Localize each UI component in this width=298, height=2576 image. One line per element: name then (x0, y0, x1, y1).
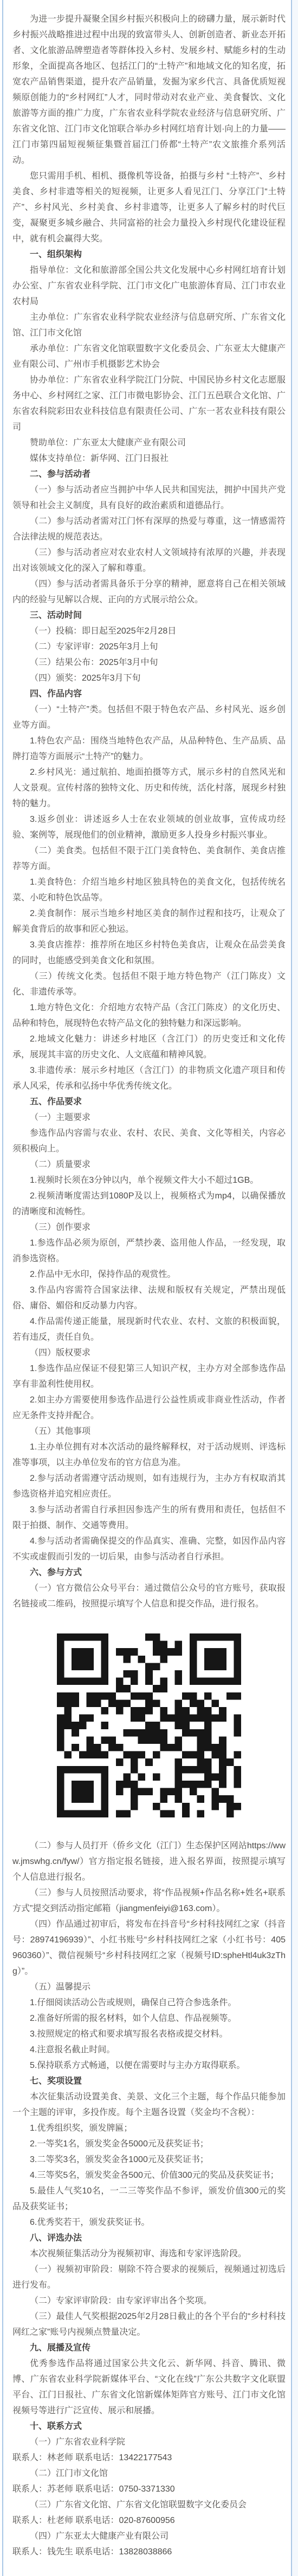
paragraph: （一）参与活动者应当拥护中华人民共和国宪法，拥护中国共产党领导和社会主义制度，具… (12, 482, 286, 513)
paragraph: 4.注意报名截止时间。 (12, 2042, 286, 2058)
paragraph: （三）参与活动者应对农业农村人文领域持有浓厚的兴趣，并表现出对该领域文化的深入了… (12, 545, 286, 576)
paragraph: 您只需用手机、相机、摄像机等设备，拍摄与乡村 “土特产”、乡村美食、乡村非遗等相… (12, 168, 286, 247)
paragraph: （二）质量要求 (12, 1157, 286, 1172)
paragraph: 2.一等奖1名，颁发奖金各5000元及获奖证书； (12, 2136, 286, 2152)
paragraph: 1.仔细阅读活动公告或规则，确保自己符合参选条件。 (12, 1995, 286, 2011)
paragraph: 4.参与活动者需确保提交的作品真实、准确、完整，如因作品内容不实或虚假而引发的一… (12, 1533, 286, 1565)
paragraph: 1.视频时长须在3分钟以内，单个视频文件大小不超过1GB。 (12, 1172, 286, 1188)
paragraph: 4.三等奖5名，颁发奖金各500元、价值300元的奖品及获奖证书； (12, 2167, 286, 2183)
paragraph: （四）作品通过初审后，将发布在抖音号“乡村科技网红之家（抖音号：28974196… (12, 1916, 286, 1979)
paragraph: 1.特色农产品：围绕当地特色农产品，从品种特色、生产品质、品牌打造等方面展示“土… (12, 733, 286, 765)
paragraph: 3.二等奖3名，颁发奖金各1000元及获奖证书； (12, 2152, 286, 2167)
paragraph: （二）专家评审：2025年3月上旬 (12, 639, 286, 655)
section-heading: 十、联系方式 (12, 2419, 286, 2434)
paragraph: 为进一步提升凝聚全国乡村振兴积极向上的磅礴力量，展示新时代乡村振兴战略推进过程中… (12, 11, 286, 168)
paragraph: （三）广东省文化馆、广东省文化馆联盟数字文化委员会 (12, 2497, 286, 2513)
paragraph: 3.按照规定的格式和要求填写报名表格或提交材料。 (12, 2026, 286, 2042)
paragraph: 2.参与活动者需遵守活动规则，如有违规行为，主办方有权取消其参选资格并追究相应责… (12, 1471, 286, 1502)
paragraph: （三）创作要求 (12, 1220, 286, 1235)
paragraph: （一）主题要求 (12, 1110, 286, 1125)
paragraph: （三）传统文化类。包括但不限于地方特色物产（江门陈皮）文化、非遗传承等。 (12, 969, 286, 1000)
paragraph: 3.非遗传承：展示乡村地区（含江门）的非物质文化遗产项目和传承人风采，传承和弘扬… (12, 1063, 286, 1094)
paragraph: 3.返乡创业：讲述返乡人士在农业领域的创业故事，宣传成功经验、案例等，展现他们的… (12, 812, 286, 843)
article-content: 为进一步提升凝聚全国乡村振兴积极向上的磅礴力量，展示新时代乡村振兴战略推进过程中… (3, 0, 291, 2576)
paragraph: 参选作品内容需与农业、农村、农民、美食、文化等相关，内容必须积极向上。 (12, 1125, 286, 1157)
paragraph: （四）参与活动者需具备乐于分享的精神，愿意将自己在相关领域内的经验与见解以合规、… (12, 576, 286, 608)
paragraph: 协办单位：广东省农业科学院江门分院、中国民协乡村文化志愿服务中心、乡村网红之家、… (12, 372, 286, 435)
paragraph: （四）广东亚太大健康产业有限公司 (12, 2528, 286, 2544)
paragraph: 2.如主办方需要使用参选作品进行公益性质或非商业性活动，作者应无条件支持并配合。 (12, 1392, 286, 1424)
paragraph: （四）版权要求 (12, 1345, 286, 1361)
paragraph: 2.视频清晰度需达到1080P及以上，视频格式为mp4，以确保播放的清晰度和流畅… (12, 1188, 286, 1220)
paragraph: 1.参选作品必须为原创，严禁抄袭、盗用他人作品，一经发现，取消参选资格。 (12, 1235, 286, 1267)
paragraph: （一）“土特产”类。包括但不限于特色农产品、乡村风光、返乡创业等方面。 (12, 702, 286, 733)
paragraph: 1.优秀组织奖，颁发牌匾； (12, 2120, 286, 2136)
article-page: 为进一步提升凝聚全国乡村振兴积极向上的磅礴力量，展示新时代乡村振兴战略推进过程中… (0, 0, 298, 2576)
paragraph: （二）江门市文化馆 (12, 2466, 286, 2481)
paragraph: 优秀参选作品将通过国家公共文化云、新华网、抖音、腾讯、微博、广东省农业科学院新媒… (12, 2356, 286, 2419)
paragraph: 6.优秀奖若干，颁发获奖证书。 (12, 2215, 286, 2230)
paragraph: 2.乡村风光：通过航拍、地面拍摄等方式，展示乡村的自然风光和人文景观。宣传村落的… (12, 765, 286, 812)
paragraph: 1.主办单位拥有对本次活动的最终解释权，对于活动规则、评选标准等事项，以主办单位… (12, 1439, 286, 1471)
section-heading: 五、作品要求 (12, 1094, 286, 1110)
paragraph: 联系人：杜老师 联系电话：020-87600956 (12, 2513, 286, 2528)
paragraph: （三）最佳人气奖根据2025年2月28日截止的各个平台的“乡村科技网红之家”账号… (12, 2309, 286, 2340)
right-outer-margin (292, 0, 298, 2576)
section-heading: 九、展播及宣传 (12, 2340, 286, 2356)
paragraph: 赞助单位：广东亚太大健康产业有限公司 (12, 435, 286, 451)
section-heading: 八、评选办法 (12, 2230, 286, 2246)
paragraph: （三）结果公布：2025年3月中旬 (12, 655, 286, 670)
paragraph: 3.作品内容需符合国家法律、法规和版权有关规定，严禁出现低俗、庸俗、媚俗和反动暴… (12, 1282, 286, 1314)
paragraph: 2.准备好所需的报名材料，如个人信息、作品视频等。 (12, 2011, 286, 2026)
paragraph: 承办单位：广东省文化馆联盟数字文化委员会、广东亚太大健康产业有限公司、广州市手机… (12, 341, 286, 372)
paragraph: 5.最佳人气奖10名，一二三等奖作品不参评，颁发价值300元的奖品及获奖证书； (12, 2183, 286, 2215)
paragraph: 联系人：林老师 联系电话：13422177543 (12, 2450, 286, 2466)
section-heading: 七、奖项设置 (12, 2073, 286, 2089)
paragraph: 1.地方特色文化：介绍地方农特产品（含江门陈皮）的文化历史、品种和特色，展现特色… (12, 1000, 286, 1031)
paragraph: （一）视频初审阶段：剔除不符合要求的视频后，视频通过初选后进行发布。 (12, 2262, 286, 2293)
paragraph: （一）投稿：即日起至2025年2月28日 (12, 623, 286, 639)
registration-qr-code-icon (57, 1633, 241, 1817)
paragraph: （一）广东省农业科学院 (12, 2434, 286, 2450)
section-heading: 三、活动时间 (12, 608, 286, 623)
paragraph: （二）专家评审阶段：由专家评审出各个奖项。 (12, 2293, 286, 2309)
paragraph: 2.地域文化魅力：讲述乡村地区（含江门）的历史变迁和文化传承，展现其丰富的历史文… (12, 1031, 286, 1063)
paragraph: （二）参与人员打开（侨乡文化（江门）生态保护区网站https://www.jms… (12, 1838, 286, 1885)
paragraph: 本次视频征集活动分为视频初审、海选和专家评选阶段。 (12, 2246, 286, 2262)
paragraph: 本次征集活动设置美食、美景、文化三个主题，每个作品只能参加一个主题的评审，多投作… (12, 2089, 286, 2120)
paragraph: （二）参与活动者需对江门怀有深厚的热爱与尊重，这一情感需符合法律法规的规范表达。 (12, 513, 286, 545)
left-border-line (2, 0, 3, 2576)
paragraph: （五）温馨提示 (12, 1979, 286, 1995)
paragraph: （五）其他事项 (12, 1424, 286, 1439)
paragraph: 1.参选作品应保证不侵犯第三人知识产权，主办方对全部参选作品享有非盈利性使用权。 (12, 1361, 286, 1392)
paragraph: 5.保持联系方式畅通，以便在需要时与主办方取得联系。 (12, 2058, 286, 2073)
paragraph: 2.作品中无水印，保持作品的观赏性。 (12, 1267, 286, 1282)
paragraph: 2.美食制作：展示当地乡村地区美食的制作过程和技巧，让观众了解美食背后的故事和匠… (12, 906, 286, 937)
paragraph: （三）参与人员按照活动要求，将“作品视频+作品名称+姓名+联系方式”提交到活动指… (12, 1885, 286, 1916)
paragraph: 1.美食特色：介绍当地乡村地区独具特色的美食文化，包括传统名菜、小吃和特色饮品等… (12, 874, 286, 906)
section-heading: 四、作品内容 (12, 686, 286, 702)
section-heading: 一、组织架构 (12, 247, 286, 262)
qr-code-block (12, 1612, 286, 1838)
section-heading: 二、参与活动者 (12, 466, 286, 482)
paragraph: （四）颁奖：2025年3月下旬 (12, 670, 286, 686)
paragraph: 指导单位：文化和旅游部全国公共文化发展中心乡村网红培育计划办公室、广东省农业科学… (12, 262, 286, 309)
paragraph: 联系人：苏老师 联系电话：0750-3371330 (12, 2481, 286, 2497)
section-heading: 六、参与方式 (12, 1565, 286, 1580)
paragraph: （二）美食类。包括但不限于江门美食特色、美食制作、美食店推荐等方面。 (12, 843, 286, 874)
paragraph: 媒体支持单位：新华网、江门日报社 (12, 451, 286, 466)
paragraph: 3.参与活动者需自行承担因参选产生的所有费用和责任，包括但不限于拍摄、制作、交通… (12, 1502, 286, 1533)
paragraph: 联系人：钱先生 联系电话：13828038866 (12, 2544, 286, 2560)
paragraph: 主办单位：广东省农业科学院农业经济与信息研究所、广东省文化馆、江门市文化馆 (12, 309, 286, 341)
paragraph: 3.美食店推荐：推荐所在地区乡村特色美食店，让观众在品尝美食的同时，也能感受到美… (12, 937, 286, 969)
paragraph: 4.作品需传递正能量，展现新时代农业、农村、文旅的积极面貌，若有违反，责任自负。 (12, 1314, 286, 1345)
paragraph: （一）官方微信公众号平台：通过微信公众号的官方账号，获取报名链接或二维码，按照提… (12, 1580, 286, 1612)
